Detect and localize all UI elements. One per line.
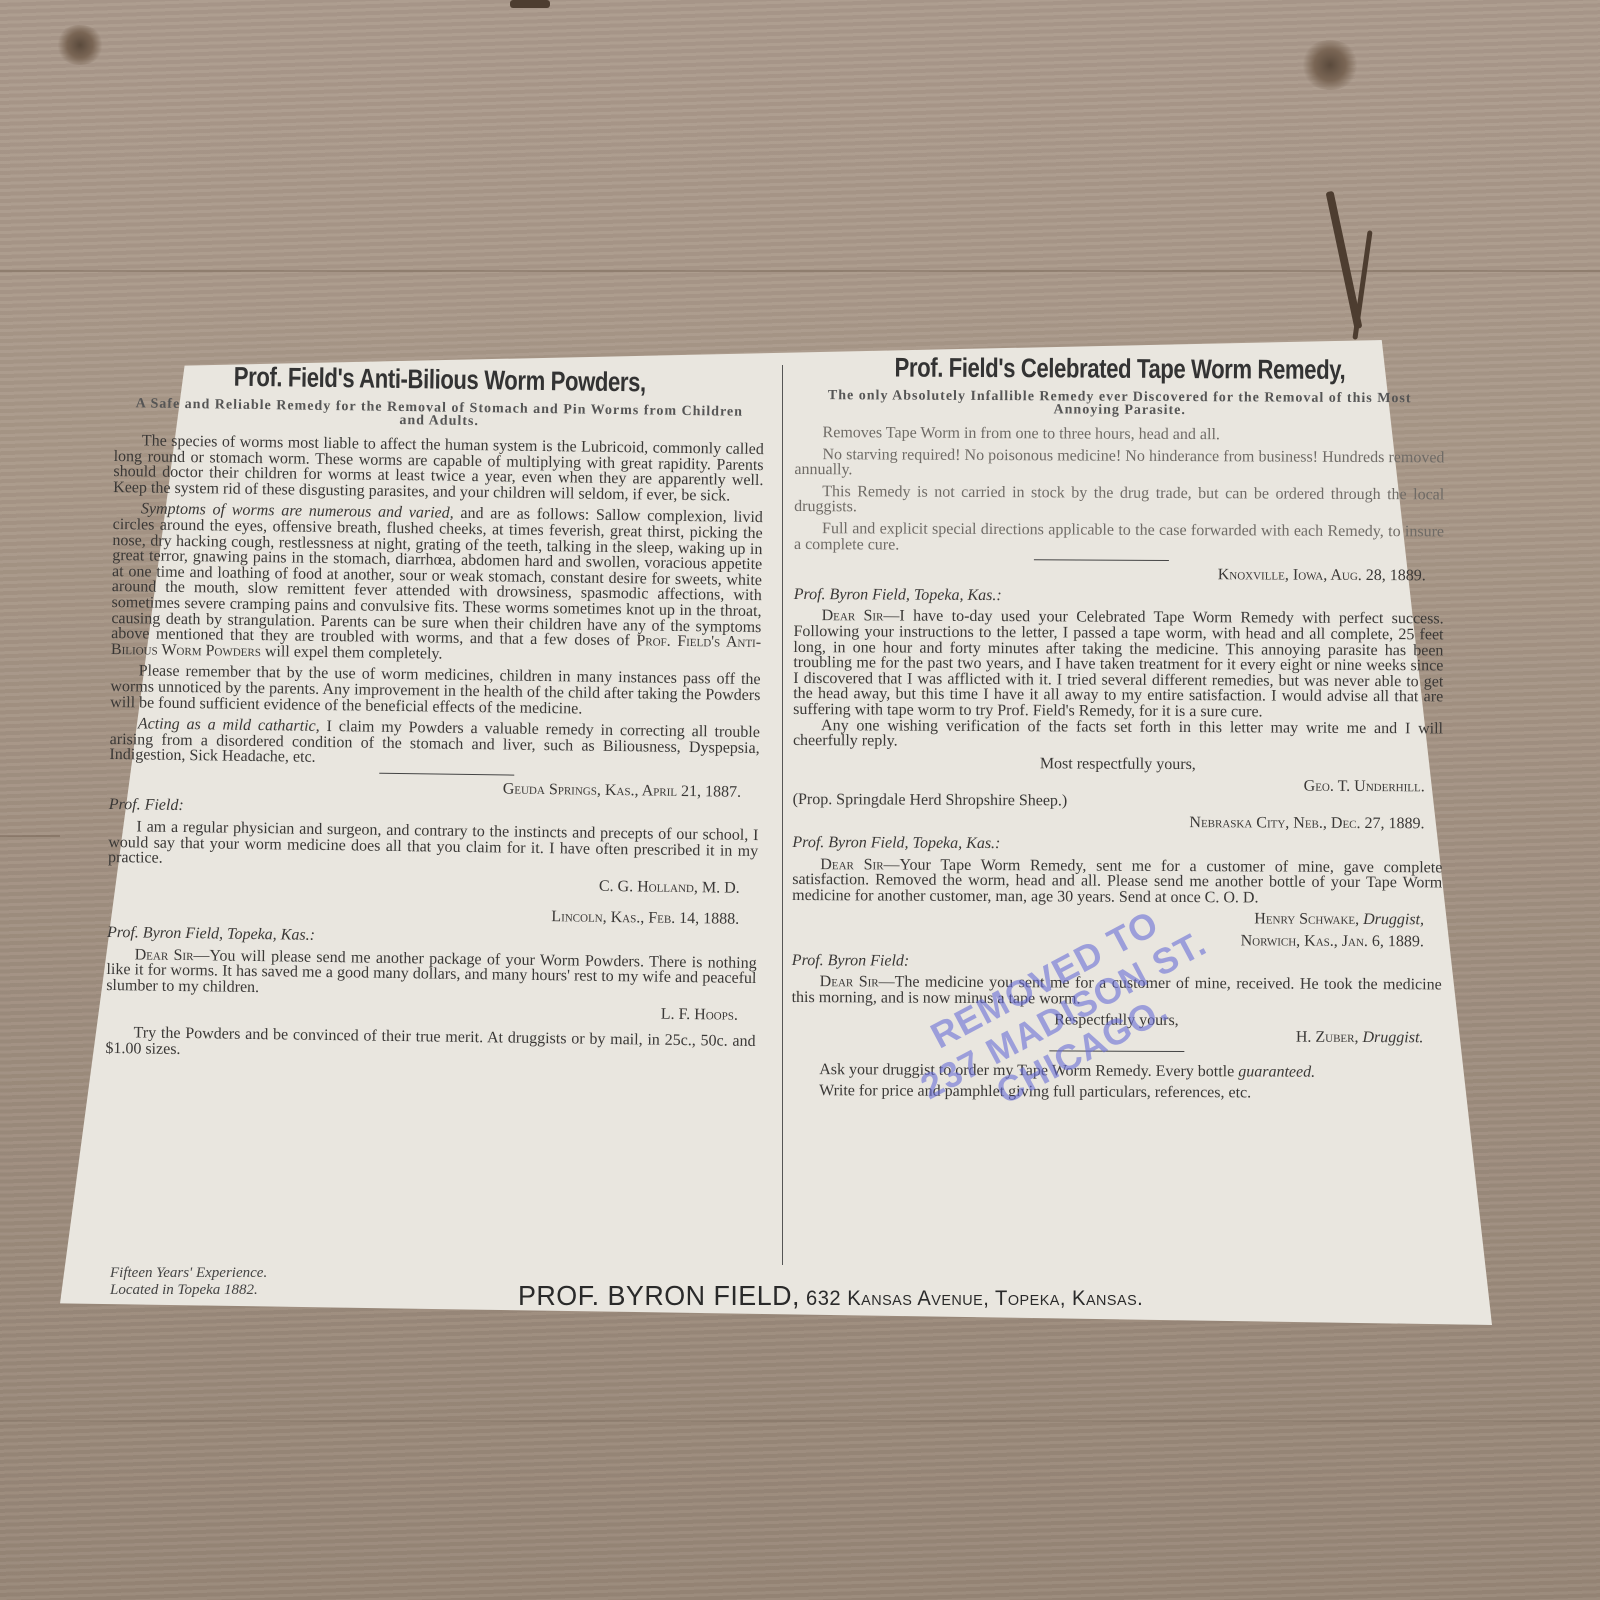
proprietor-name: PROF. BYRON FIELD, — [518, 1280, 800, 1311]
letter-place-date: Nebraska City, Neb., Dec. 27, 1889. — [793, 813, 1425, 832]
wood-knot — [55, 25, 105, 65]
right-title: Prof. Field's Celebrated Tape Worm Remed… — [853, 352, 1386, 386]
left-title: Prof. Field's Anti-Bilious Worm Powders, — [173, 361, 706, 399]
right-para-4: Full and explicit special directions app… — [794, 521, 1444, 556]
right-closing-1: Ask your druggist to order my Tape Worm … — [791, 1062, 1441, 1081]
located-text: Located in Topeka 1882. — [110, 1282, 267, 1299]
footer-experience: Fifteen Years' Experience. Located in To… — [110, 1265, 267, 1299]
experience-text: Fifteen Years' Experience. — [110, 1265, 267, 1282]
left-para-3: Please remember that by the use of worm … — [110, 663, 761, 719]
letter-body-2: Any one wishing verification of the fact… — [793, 717, 1443, 752]
right-para-3: This Remedy is not carried in stock by t… — [794, 484, 1444, 519]
closing-guaranteed: guaranteed. — [1238, 1063, 1315, 1080]
letter-valediction: Most respectfully yours, — [793, 755, 1443, 774]
wood-seam — [0, 1420, 1600, 1422]
wood-seam — [0, 835, 60, 837]
letter-signature: L. F. Hoops. — [106, 999, 738, 1023]
letter-signature: C. G. Holland, M. D. — [108, 872, 740, 896]
separator-rule — [379, 773, 514, 776]
right-para-2: No starving required! No poisonous medic… — [794, 447, 1444, 482]
letter-place-date: Knoxville, Iowa, Aug. 28, 1889. — [794, 565, 1426, 584]
letter-place-date: Lincoln, Kas., Feb. 14, 1888. — [107, 903, 739, 927]
letter-salutation: Prof. Byron Field, Topeka, Kas.: — [792, 835, 1442, 854]
right-para-1: Removes Tape Worm in from one to three h… — [795, 425, 1445, 444]
wood-knot — [1300, 40, 1360, 90]
signature-name: Henry Schwake, — [1254, 911, 1359, 929]
symptoms-end: will expel them completely. — [261, 643, 443, 663]
letter-body: I am a regular physician and surgeon, an… — [108, 819, 759, 875]
left-closing: Try the Powders and be convinced of thei… — [105, 1025, 755, 1065]
left-subtitle: A Safe and Reliable Remedy for the Remov… — [134, 397, 744, 432]
symptoms-text: and are as follows: Sallow complexion, l… — [111, 505, 763, 649]
letter-body: Dear Sir—You will please send me another… — [106, 947, 757, 1003]
signature-name: H. Zuber, — [1296, 1029, 1359, 1046]
letter-place-date: Geuda Springs, Kas., April 21, 1887. — [109, 776, 741, 800]
wood-seam — [0, 270, 1600, 272]
wood-crack — [1352, 230, 1372, 340]
left-column: Prof. Field's Anti-Bilious Worm Powders,… — [105, 360, 765, 1071]
left-para-4: Acting as a mild cathartic, I claim my P… — [109, 716, 760, 772]
card-content: Prof. Field's Anti-Bilious Worm Powders,… — [60, 340, 1492, 1325]
street-address: 632 Kansas Avenue, Topeka, Kansas. — [800, 1287, 1143, 1310]
right-closing-2: Write for price and pamphlet giving full… — [791, 1083, 1441, 1102]
footer-address: PROF. BYRON FIELD, 632 Kansas Avenue, To… — [518, 1280, 1143, 1312]
letter-text: —I have to-day used your Celebrated Tape… — [793, 608, 1444, 721]
signature-title: Druggist, — [1363, 911, 1424, 928]
letter-text: —Your Tape Worm Remedy, sent me for a cu… — [792, 856, 1442, 906]
column-divider — [782, 365, 783, 1265]
wood-crack — [510, 0, 550, 8]
letter-salutation: Prof. Byron Field, Topeka, Kas.: — [794, 587, 1444, 606]
letter-body: Dear Sir—Your Tape Worm Remedy, sent me … — [792, 857, 1442, 907]
signature-title: Druggist. — [1362, 1029, 1423, 1046]
separator-rule — [1034, 559, 1169, 561]
left-para-1: The species of worms most liable to affe… — [113, 433, 764, 504]
left-para-2: Symptoms of worms are numerous and varie… — [111, 501, 763, 666]
letter-text: —You will please send me another package… — [106, 947, 757, 996]
letter-body: Dear Sir—I have to-day used your Celebra… — [793, 608, 1444, 721]
right-subtitle: The only Absolutely Infallible Remedy ev… — [815, 389, 1425, 418]
